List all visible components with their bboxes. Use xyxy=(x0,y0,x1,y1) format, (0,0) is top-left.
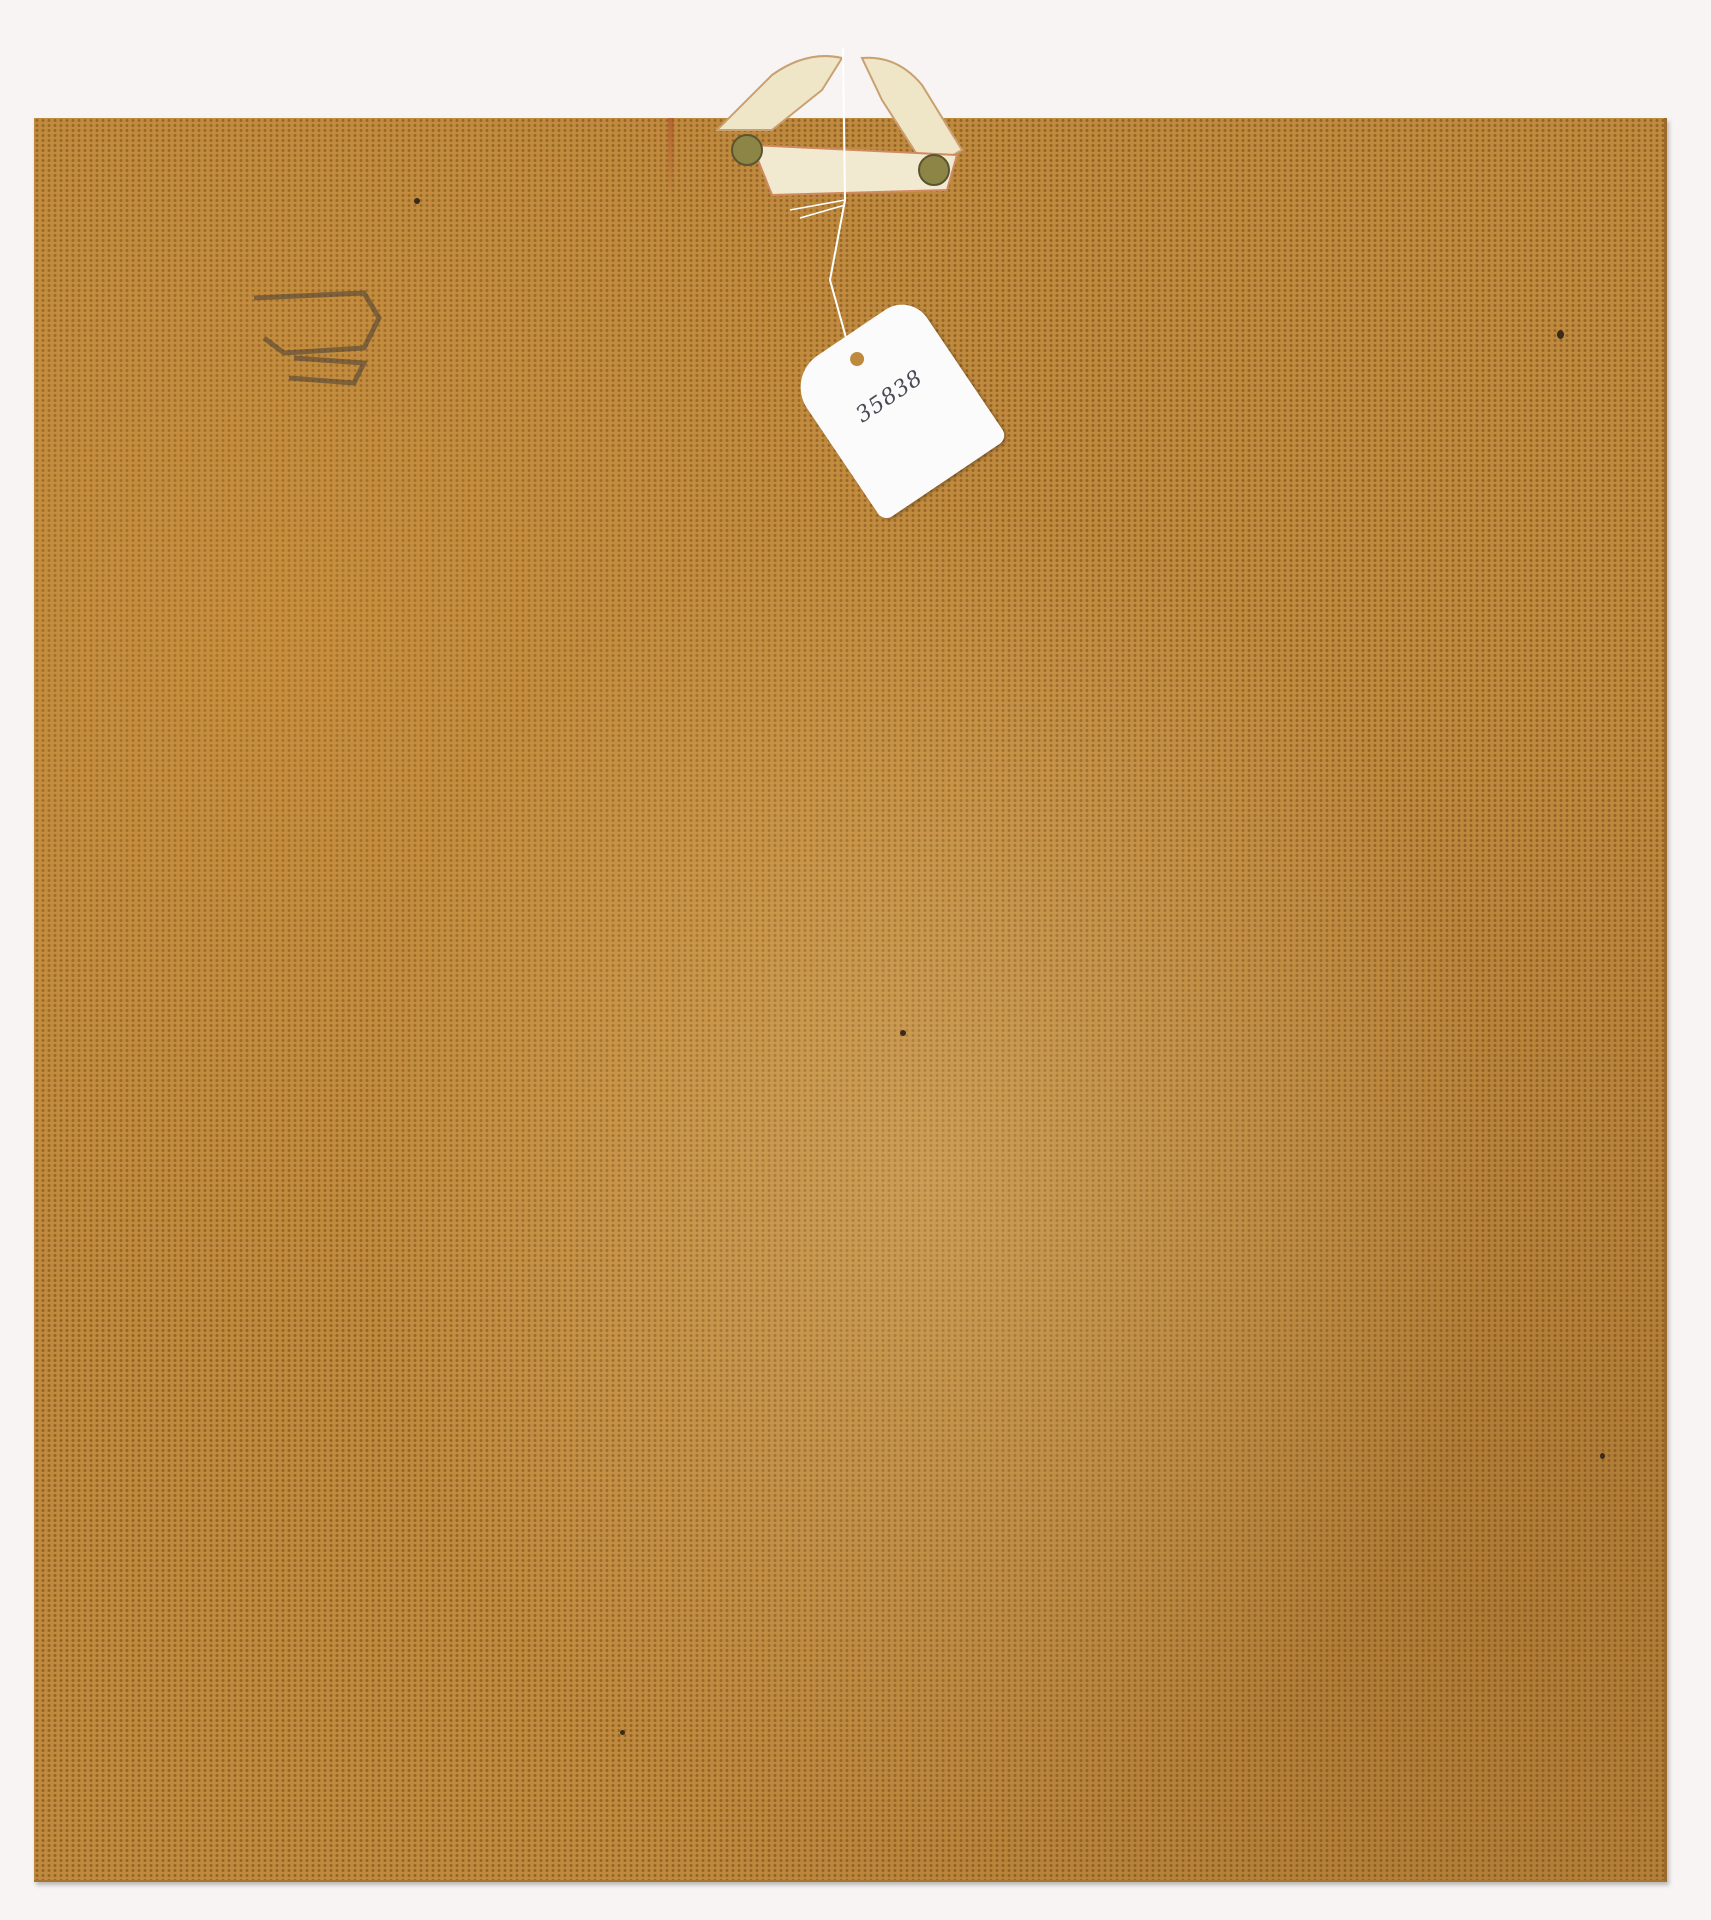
speck xyxy=(1557,330,1564,339)
speck xyxy=(900,1030,906,1036)
brass-tack-icon xyxy=(919,155,949,185)
fabric-hanging-loop xyxy=(712,50,972,200)
pencil-mark xyxy=(244,278,414,388)
speck xyxy=(1600,1453,1605,1459)
speck xyxy=(620,1730,625,1735)
red-stain xyxy=(668,118,674,198)
brass-tack-icon xyxy=(732,135,762,165)
speck xyxy=(414,198,420,204)
